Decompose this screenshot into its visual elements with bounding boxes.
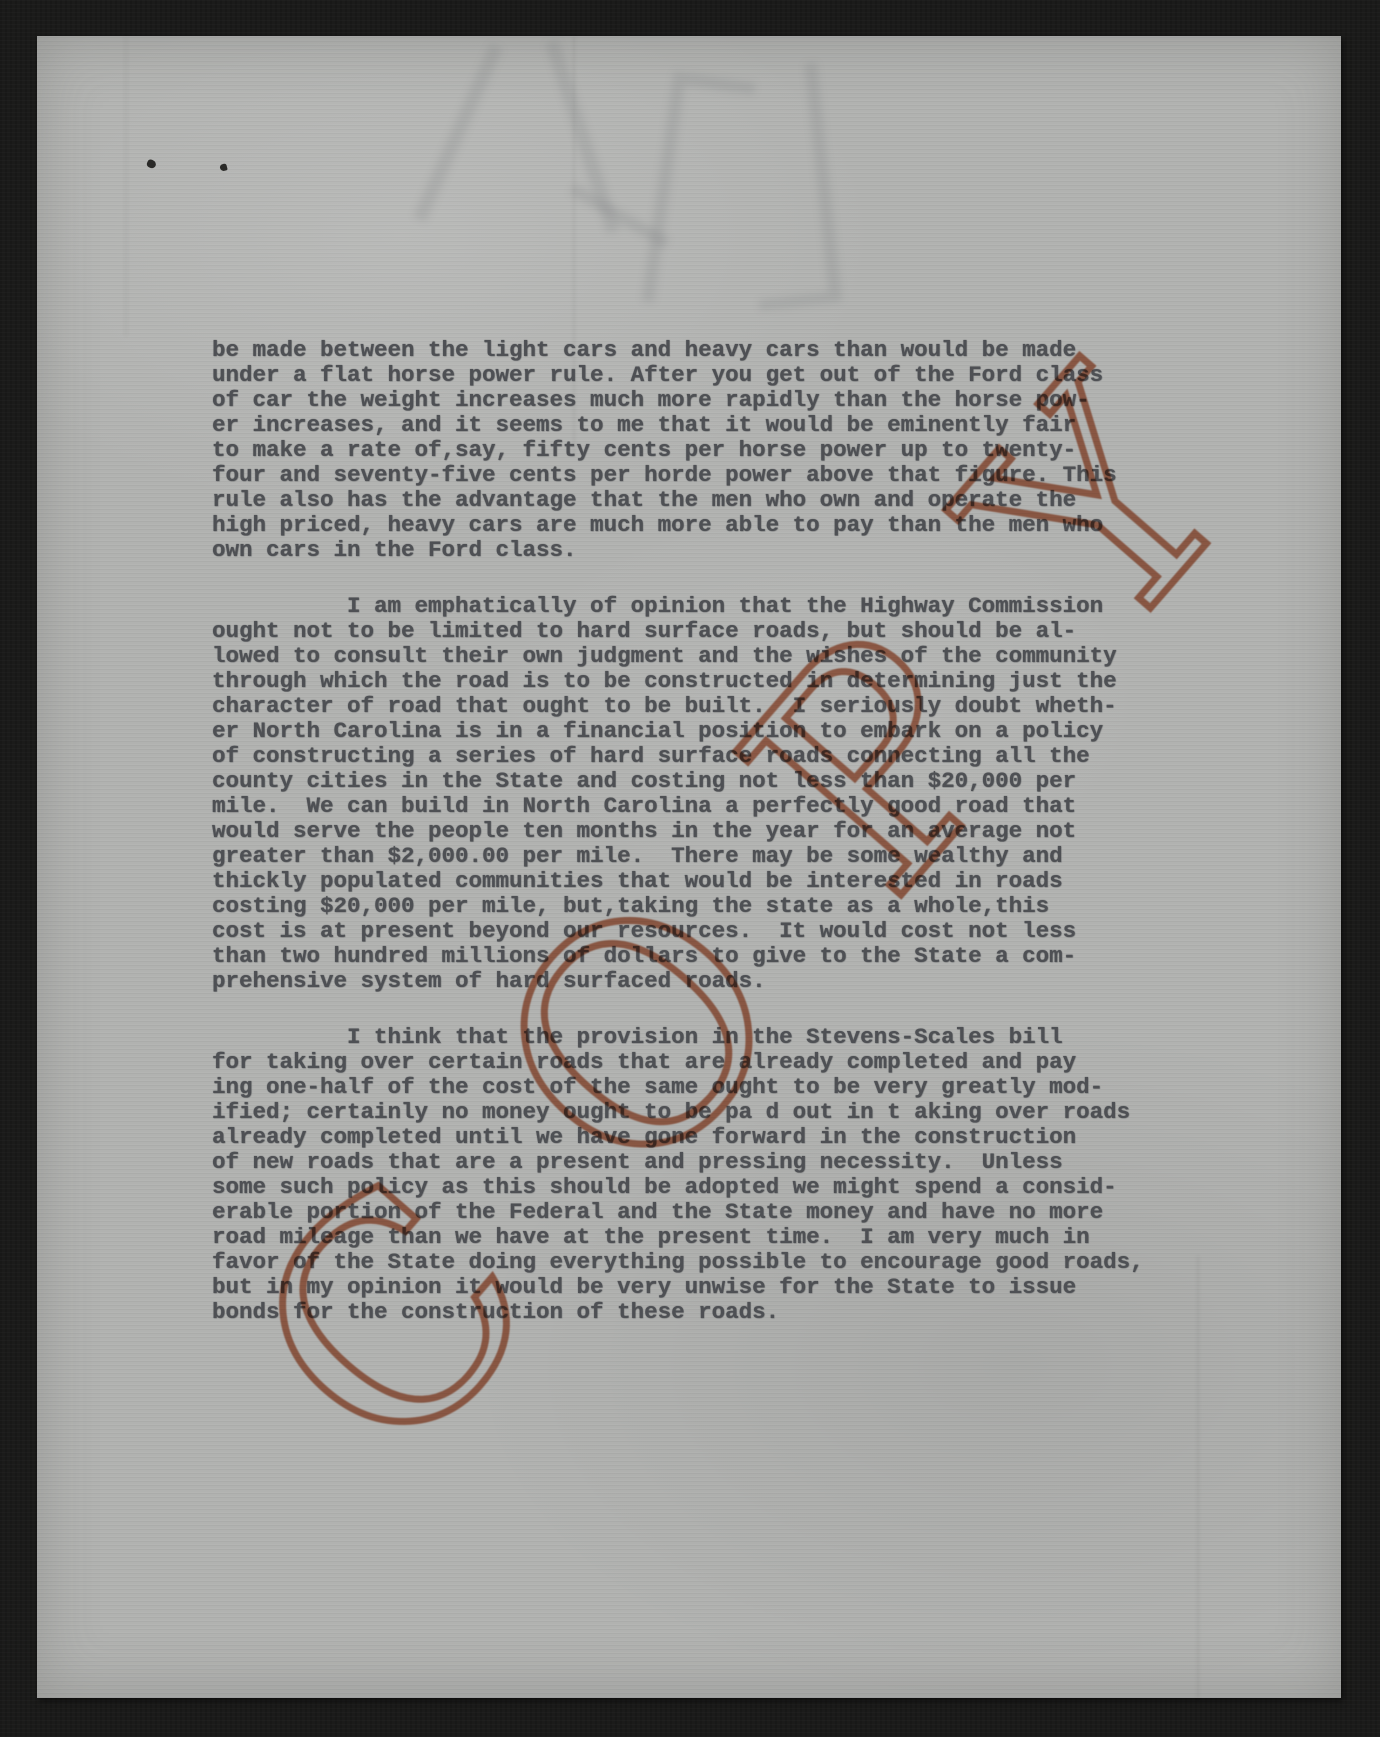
paper-crease bbox=[1197, 1256, 1199, 1698]
letter-paper: be made between the light cars and heavy… bbox=[37, 36, 1341, 1698]
paper-crease bbox=[125, 36, 127, 336]
scan-photo-background: be made between the light cars and heavy… bbox=[0, 0, 1380, 1737]
paper-speck bbox=[146, 158, 158, 169]
paper-speck bbox=[219, 163, 228, 172]
bleed-through-marks bbox=[427, 36, 847, 336]
